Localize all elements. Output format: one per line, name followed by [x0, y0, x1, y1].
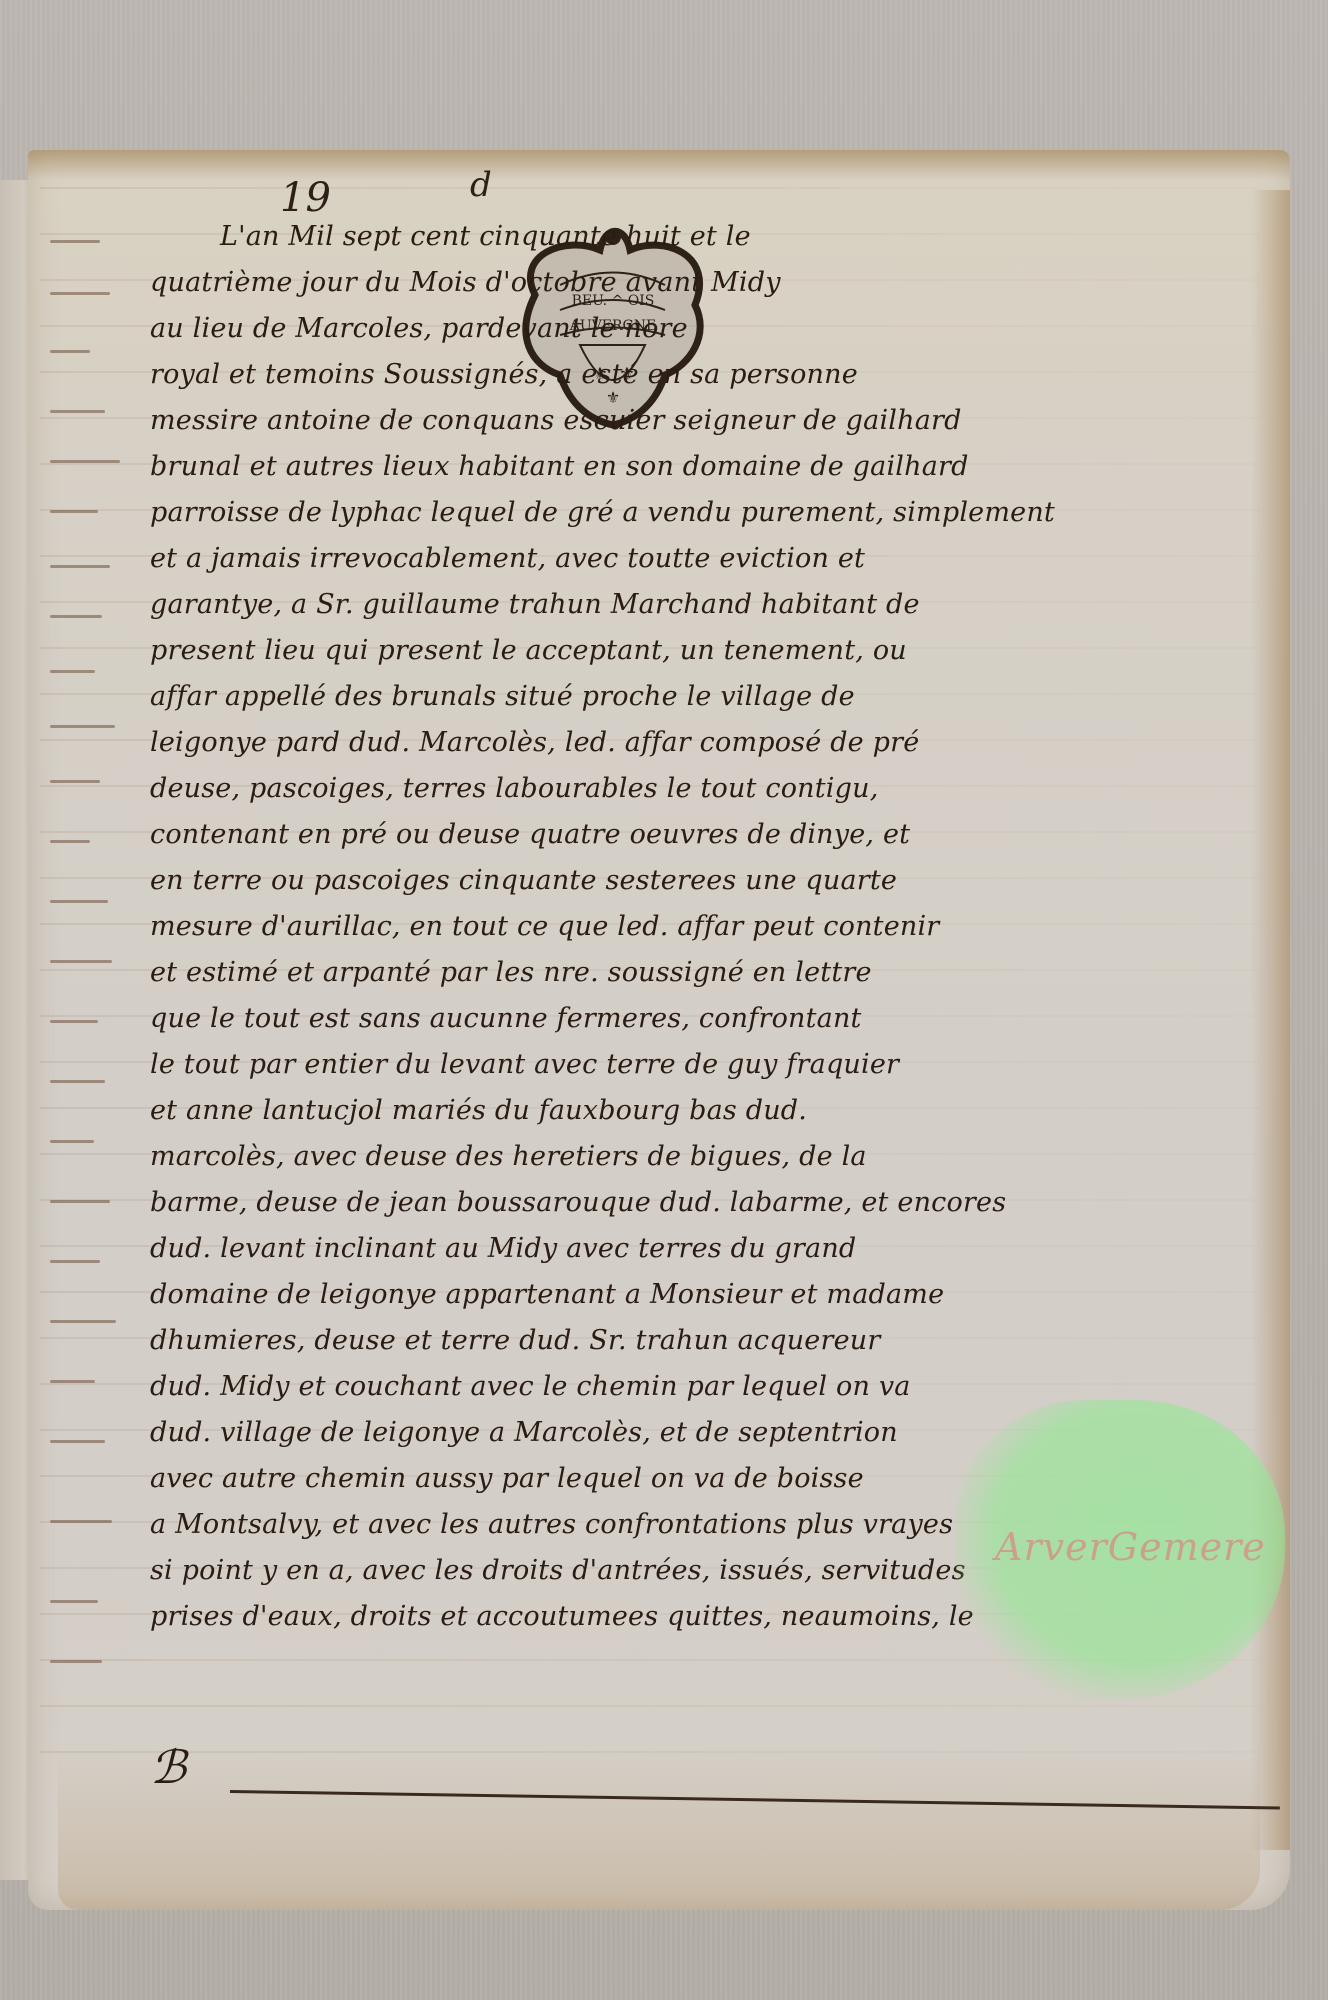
text-line: brunal et autres lieux habitant en son d… [150, 444, 1280, 490]
text-line: leigonye pard dud. Marcolès, led. affar … [150, 720, 1280, 766]
text-line: dud. village de leigonye a Marcolès, et … [150, 1410, 1280, 1456]
text-line: deuse, pascoiges, terres labourables le … [150, 766, 1280, 812]
text-line: que le tout est sans aucunne fermeres, c… [150, 996, 1280, 1042]
text-line: dud. Midy et couchant avec le chemin par… [150, 1364, 1280, 1410]
text-line: barme, deuse de jean boussarouque dud. l… [150, 1180, 1280, 1226]
text-line: a Montsalvy, et avec les autres confront… [150, 1502, 1280, 1548]
text-line: avec autre chemin aussy par lequel on va… [150, 1456, 1280, 1502]
text-line: royal et temoins Soussignés, a esté en s… [150, 352, 1280, 398]
text-line: affar appellé des brunals situé proche l… [150, 674, 1280, 720]
text-line: contenant en pré ou deuse quatre oeuvres… [150, 812, 1280, 858]
text-line: et estimé et arpanté par les nre. soussi… [150, 950, 1280, 996]
text-line: present lieu qui present le acceptant, u… [150, 628, 1280, 674]
page-top-edge [28, 150, 1290, 180]
page-bottom-edge [58, 1750, 1260, 1910]
paraph-flourish: ℬ [150, 1740, 186, 1794]
text-line: garantye, a Sr. guillaume trahun Marchan… [150, 582, 1280, 628]
text-line: en terre ou pascoiges cinquante sesteree… [150, 858, 1280, 904]
text-line: prises d'eaux, droits et accoutumees qui… [150, 1594, 1280, 1640]
header-mark: d [470, 165, 492, 205]
text-line: domaine de leigonye appartenant a Monsie… [150, 1272, 1280, 1318]
text-line: mesure d'aurillac, en tout ce que led. a… [150, 904, 1280, 950]
deed-text: L'an Mil sept cent cinquante huit et le … [150, 200, 1280, 1640]
text-line: L'an Mil sept cent cinquante huit et le [150, 214, 1280, 260]
text-line: quatrième jour du Mois d'octobre avant M… [150, 260, 1280, 306]
text-line: dhumieres, deuse et terre dud. Sr. trahu… [150, 1318, 1280, 1364]
text-line: et a jamais irrevocablement, avec toutte… [150, 536, 1280, 582]
text-line: et anne lantucjol mariés du fauxbourg ba… [150, 1088, 1280, 1134]
text-line: au lieu de Marcoles, pardevant le nore [150, 306, 1280, 352]
text-line: messire antoine de conquans escuier seig… [150, 398, 1280, 444]
text-line: si point y en a, avec les droits d'antré… [150, 1548, 1280, 1594]
text-line: marcolès, avec deuse des heretiers de bi… [150, 1134, 1280, 1180]
text-line: le tout par entier du levant avec terre … [150, 1042, 1280, 1088]
margin-line-ticks [40, 220, 160, 1770]
text-line: dud. levant inclinant au Midy avec terre… [150, 1226, 1280, 1272]
text-line: parroisse de lyphac lequel de gré a vend… [150, 490, 1280, 536]
